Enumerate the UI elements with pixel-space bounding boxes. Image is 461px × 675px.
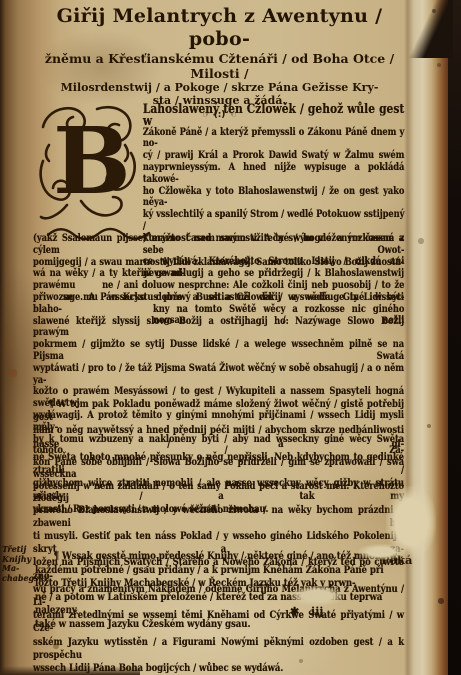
text-line: ¶ W tom pak Pokladu poněwadž máme složen… (33, 398, 404, 424)
text-line: wyptáwati / pro to / že táž Pijsma Swatá… (33, 363, 404, 387)
text-line: Zákoně Páně / a kterýž přemyssli o Zákon… (143, 127, 404, 151)
text-line: wssech Lidij Pána Boha bogijcých / wůbec… (33, 662, 404, 675)
text-line: ně / a potom w Latinském přeložené / kte… (35, 591, 406, 618)
text-line: ložto Třetij Knijhy Machabegské / w Řeck… (35, 577, 406, 591)
text-line: wá na wěky / a ty kteřijž ge milugij a g… (33, 268, 404, 292)
corner-shadow (399, 0, 453, 58)
text-line: sském Jazyku wytisstěn / a Figurami Nowý… (33, 636, 404, 662)
text-line: prawého Blahoslawenstwij / y wěčného žiw… (33, 504, 404, 530)
text-line: každému potřebné / gsau přidány / a k pr… (35, 564, 406, 578)
margin-note: TřetijKnijhy Ma-chabegské. (2, 545, 35, 583)
text-line: přiwozuge. A Pán Krystus prawý Buoh a Cž… (33, 292, 404, 316)
heading-line: žněmu a Křesťianskému Cžtenáři / od Boha… (35, 51, 404, 81)
text-line: chabegské. (2, 574, 35, 584)
signature-mark: ✱ iij (290, 605, 323, 618)
text-line: pomijgegij / a swau marnostij Lidi zklam… (33, 257, 404, 269)
book-fore-edge (404, 0, 449, 675)
text-line: nám o něg naywětssý a hned přednij péči … (33, 424, 404, 450)
text-line: ho Cžlowěka y toto Blahoslawenstwij / že… (143, 186, 404, 210)
text-line: gižbychom wijce ztratiti nemohli / ale n… (33, 477, 404, 503)
dark-background (448, 0, 461, 675)
paragraph-2: ¶ W tom pak Pokladu poněwadž máme složen… (33, 398, 404, 675)
paragraph-3: ¶ Wssak gesstě mimo předesslé Knijhy / n… (35, 550, 406, 632)
text-line: ký vsslechtilý a spanilý Strom / wedlé P… (143, 209, 404, 233)
book-page-photo: Giřij Melantrych z Awentynu / pobo- žněm… (0, 0, 461, 675)
text-line: né Swěta tohoto mnohé přesunky o něg nep… (33, 451, 404, 477)
text-line: také w nassem Jazyku Cžeském wydány gsau… (35, 618, 406, 632)
text-line: slawené kteřijž slyssij slowo Božij a os… (33, 316, 404, 340)
heading-line: Milosrdenstwij / a Pokoge / skrze Pána G… (35, 81, 404, 94)
text-line: Lahoslawený ten Cžlowěk / gehož wůle ges… (143, 103, 404, 127)
catchword: Poká (381, 553, 412, 567)
text-line: pokrmem / gijmžto se sytij Dusse lidské … (33, 339, 404, 363)
text-line: Knijhy Ma- (2, 555, 35, 574)
text-line: nayprwnieyssým. A hned nijže wypisuge a … (143, 162, 404, 186)
text-line: (yakž Ssalomaun pijsse) marnost nad marn… (33, 233, 404, 257)
heading-line: Giřij Melantrych z Awentynu / pobo- (35, 5, 404, 51)
text-line: ¶ Wssak gesstě mimo předesslé Knijhy / n… (35, 550, 406, 564)
paper-specks (0, 0, 2, 2)
text-line: cý / prawij Král a Prorok Dawid Swatý w … (143, 150, 404, 162)
